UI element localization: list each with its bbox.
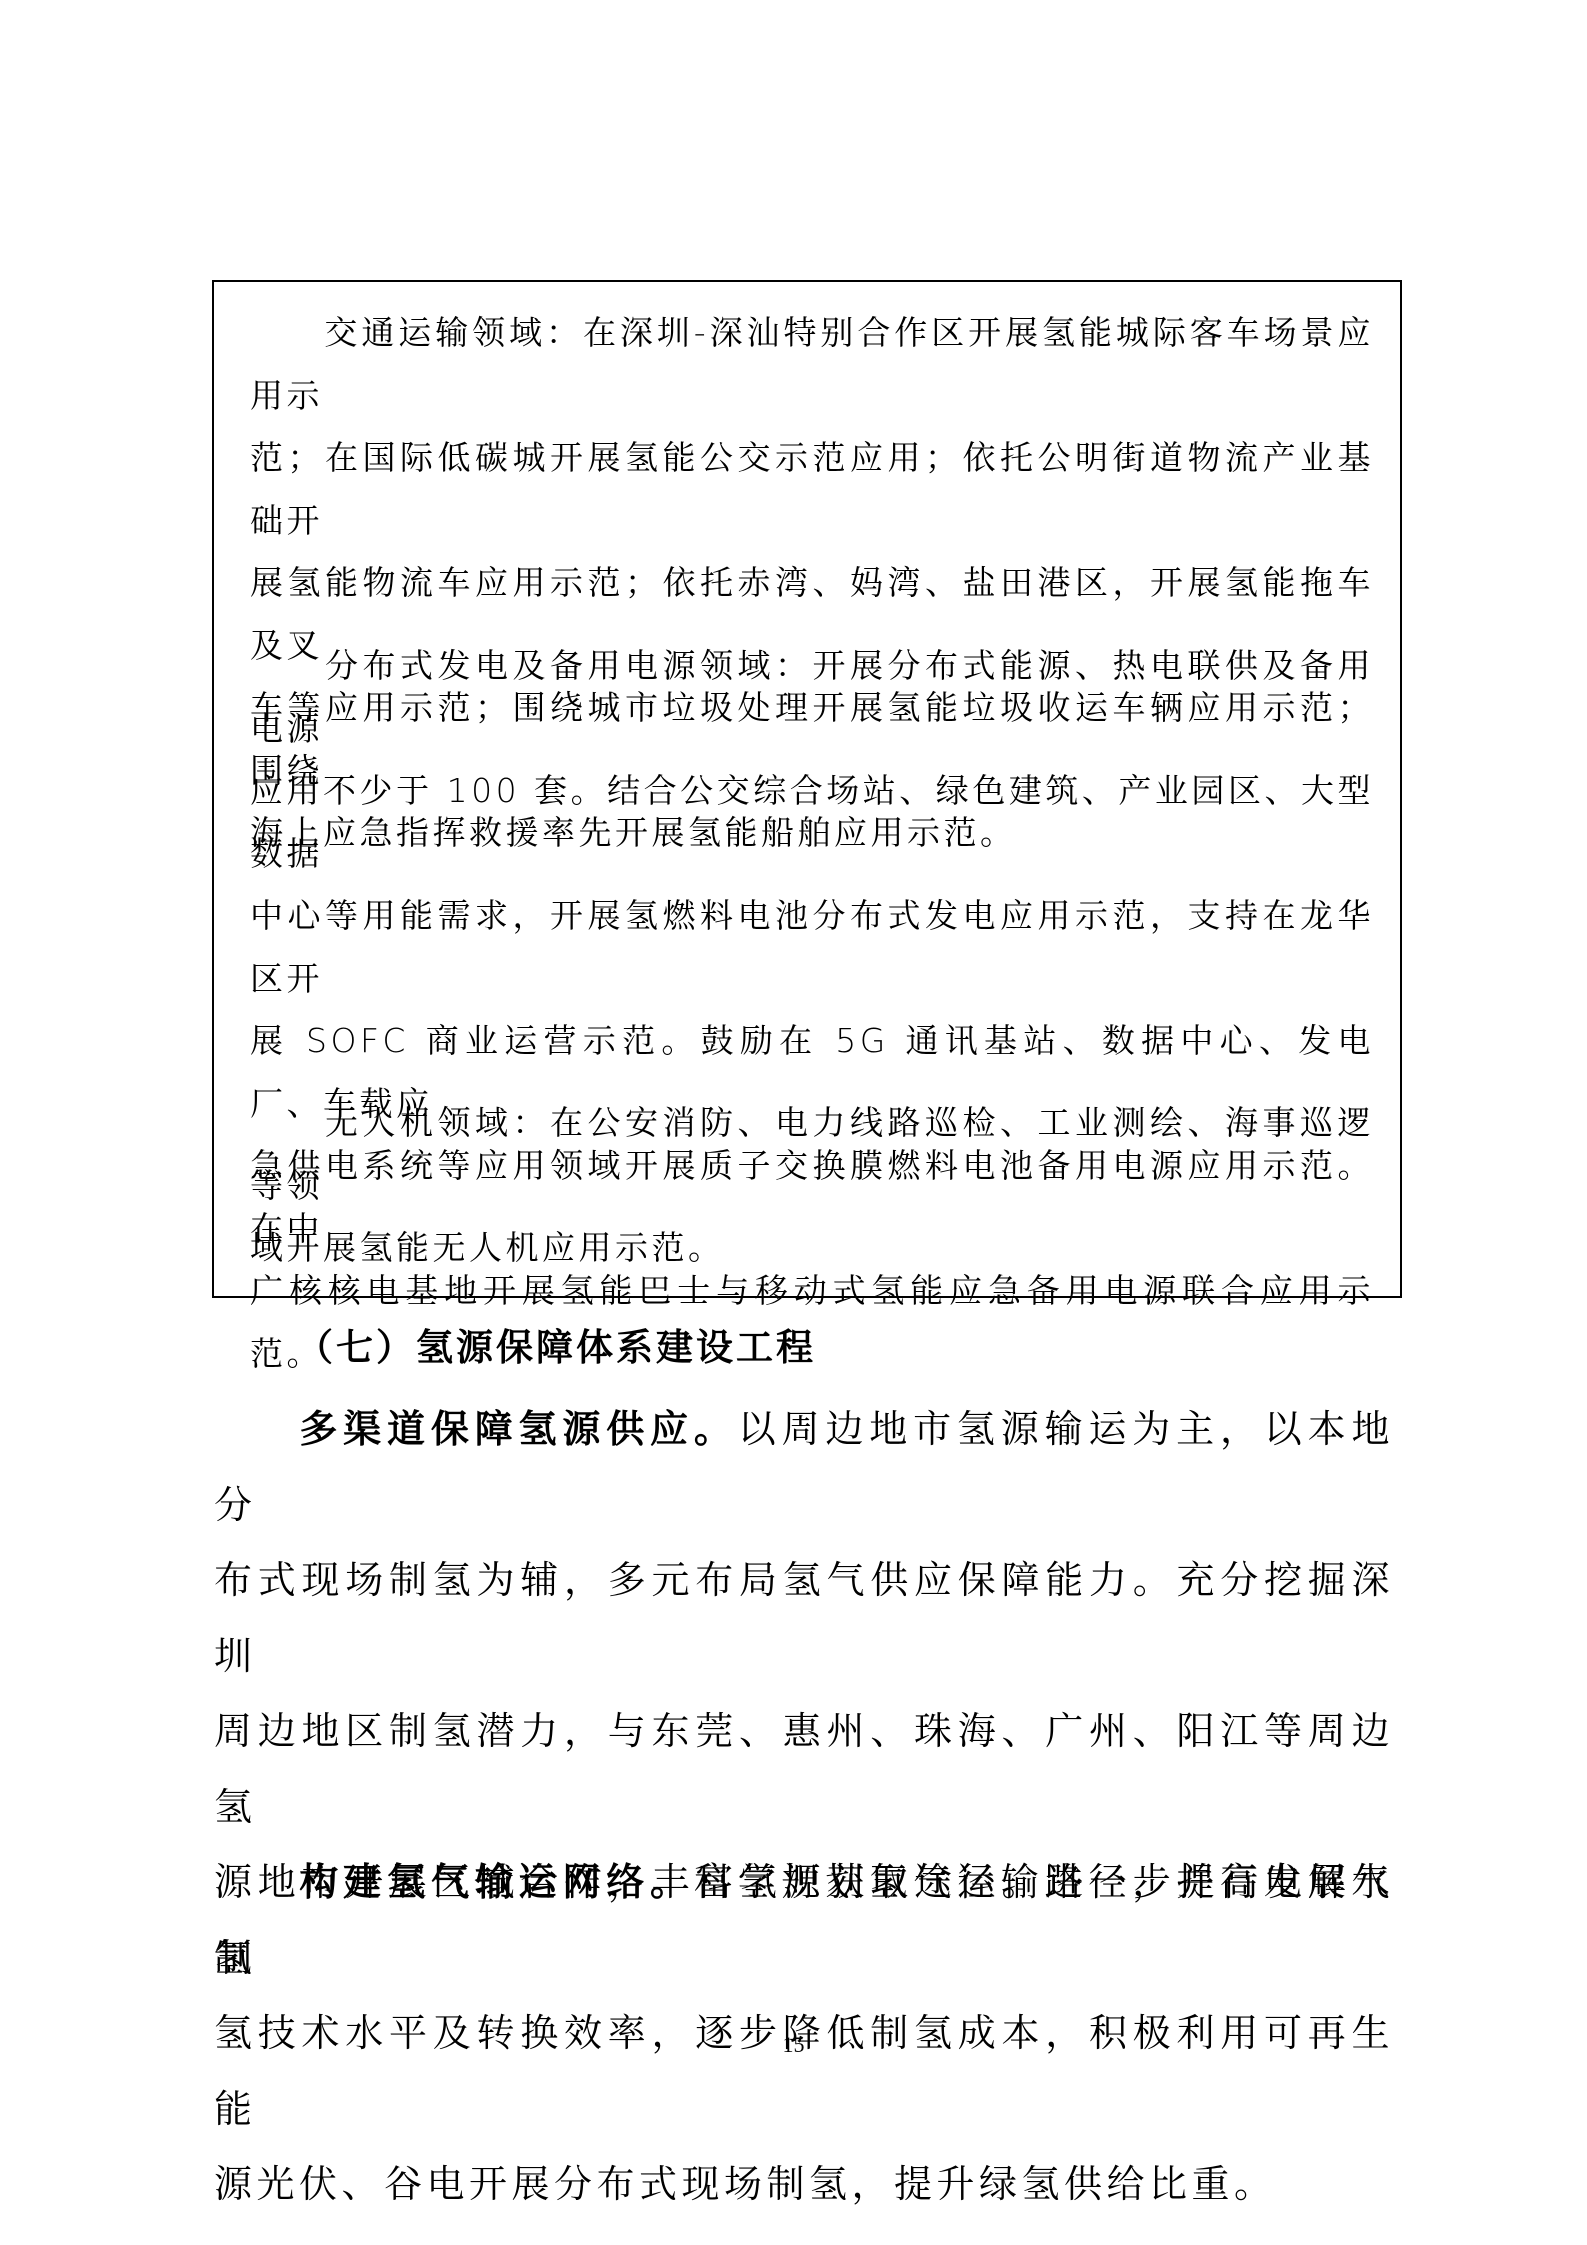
paragraph-lead: 多渠道保障氢源供应。	[298, 1407, 738, 1451]
paragraph-lead: 构建氢气输运网络。	[298, 1860, 694, 1904]
text-line: 域开展氢能无人机应用示范。	[250, 1217, 1374, 1280]
text-line: 源光伏、谷电开展分布式现场制氢，提升绿氢供给比重。	[214, 2147, 1394, 2223]
highlight-box: 交通运输领域：在深圳-深汕特别合作区开展氢能城际客车场景应用示 范；在国际低碳城…	[212, 280, 1402, 1298]
text-line: 范；在国际低碳城开展氢能公交示范应用；依托公明街道物流产业基础开	[250, 427, 1374, 552]
text-line: 应用不少于 100 套。结合公交综合场站、绿色建筑、产业园区、大型数据	[250, 760, 1374, 885]
transport-network-paragraph: 构建氢气输运网络。科学规划氢气运输路径，并行发展气氢	[214, 1845, 1394, 1996]
text-line: 中心等用能需求，开展氢燃料电池分布式发电应用示范，支持在龙华区开	[250, 885, 1374, 1010]
drone-paragraph: 无人机领域：在公安消防、电力线路巡检、工业测绘、海事巡逻等领 域开展氢能无人机应…	[250, 1092, 1374, 1280]
text-line: 氢技术水平及转换效率，逐步降低制氢成本，积极利用可再生能	[214, 1996, 1394, 2147]
text-line: 周边地区制氢潜力，与东莞、惠州、珠海、广州、阳江等周边氢	[214, 1694, 1394, 1845]
hydrogen-supply-paragraph: 多渠道保障氢源供应。以周边地市氢源输运为主，以本地分 布式现场制氢为辅，多元布局…	[214, 1392, 1394, 2223]
section-heading: （七）氢源保障体系建设工程	[296, 1318, 816, 1378]
text-line: 交通运输领域：在深圳-深汕特别合作区开展氢能城际客车场景应用示	[250, 313, 1374, 415]
text-line: 分布式发电及备用电源领域：开展分布式能源、热电联供及备用电源	[250, 646, 1374, 748]
text-line: 布式现场制氢为辅，多元布局氢气供应保障能力。充分挖掘深圳	[214, 1543, 1394, 1694]
text-line: 无人机领域：在公安消防、电力线路巡检、工业测绘、海事巡逻等领	[250, 1103, 1374, 1205]
page-number: 15	[0, 2032, 1587, 2058]
